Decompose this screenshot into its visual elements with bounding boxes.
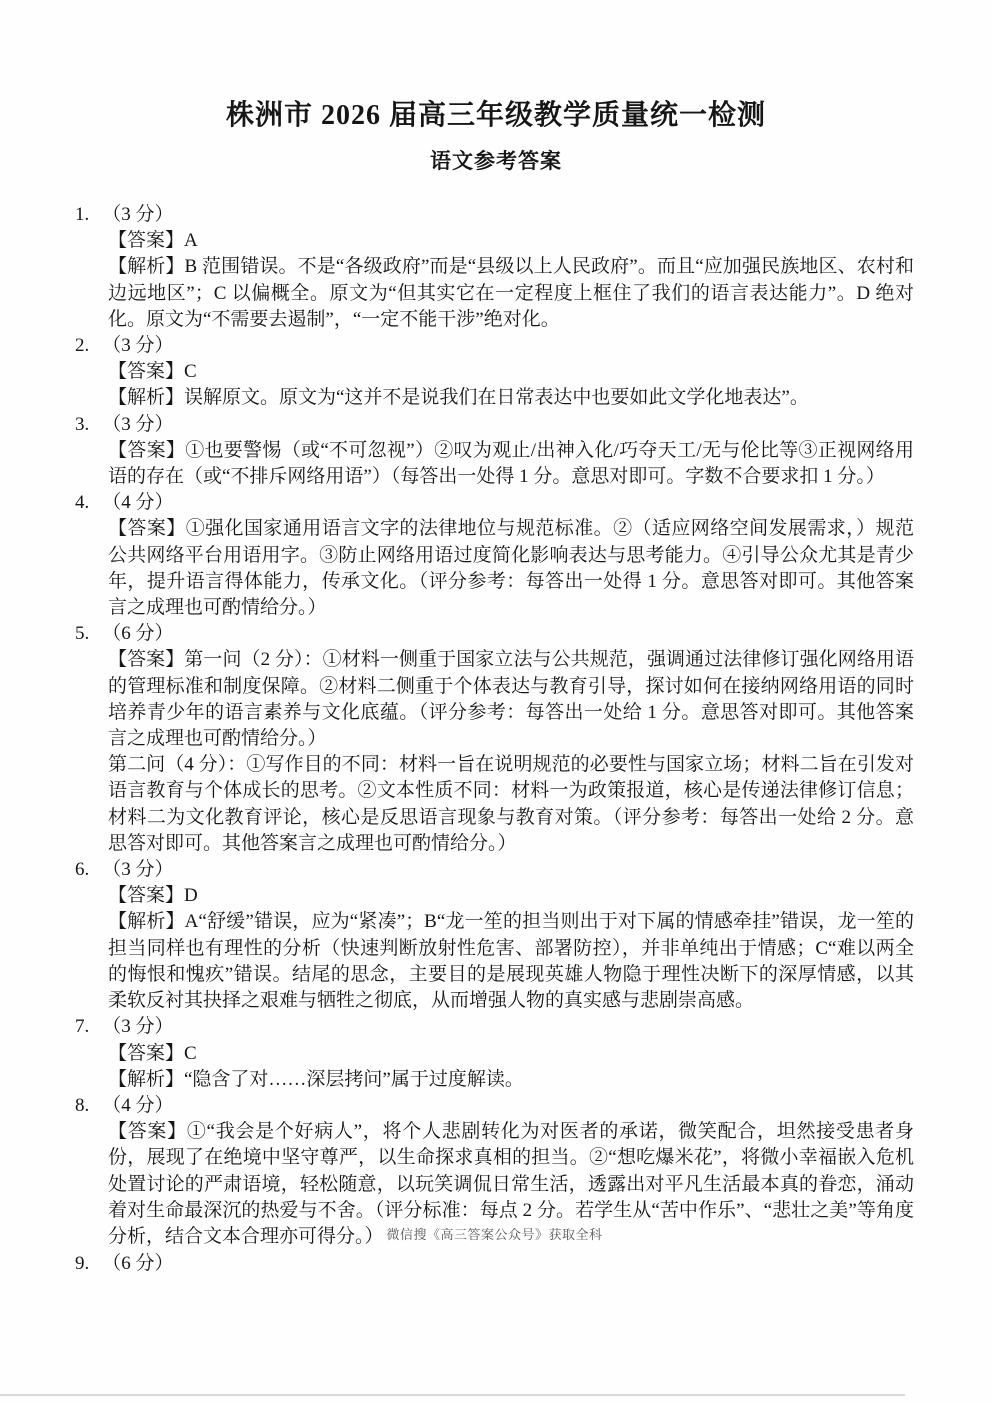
answer-item-6: 6. （3 分） 【答案】D【解析】A“舒缓”错误，应为“紧凑”；B“龙一笙的担… xyxy=(108,857,914,1014)
item-number: 7. xyxy=(75,1014,89,1040)
item-paragraph: 【答案】①也要警惕（或“不可忽视”）②叹为观止/出神入化/巧夺天工/无与伦比等③… xyxy=(108,438,914,490)
item-paragraph: 【答案】D xyxy=(108,883,914,909)
item-paragraph: 【解析】误解原文。原文为“这并不是说我们在日常表达中也要如此文学化地表达”。 xyxy=(108,385,914,411)
page-title: 株洲市 2026 届高三年级教学质量统一检测 xyxy=(0,96,992,136)
page-subtitle: 语文参考答案 xyxy=(0,146,992,176)
item-score: （6 分） xyxy=(102,1251,173,1277)
answer-sheet-page: 株洲市 2026 届高三年级教学质量统一检测 语文参考答案 1. （3 分） 【… xyxy=(0,0,992,1403)
item-number: 1. xyxy=(75,202,89,228)
item-score: （3 分） xyxy=(102,857,173,883)
item-score: （3 分） xyxy=(102,202,173,228)
item-score: （3 分） xyxy=(102,1014,173,1040)
item-head: 8. （4 分） xyxy=(75,1093,914,1119)
answer-item-8: 8. （4 分） 【答案】①“我会是个好病人”，将个人悲剧转化为对医者的承诺，微… xyxy=(108,1093,914,1251)
item-paragraph: 【答案】第一问（2 分）：①材料一侧重于国家立法与公共规范，强调通过法律修订强化… xyxy=(108,647,914,752)
item-paragraph: 【答案】C xyxy=(108,359,914,385)
item-score: （4 分） xyxy=(102,490,173,516)
item-score: （3 分） xyxy=(102,412,173,438)
item-paragraph: 【答案】A xyxy=(108,228,914,254)
item-number: 4. xyxy=(75,490,89,516)
item-head: 9. （6 分） xyxy=(75,1251,914,1277)
item-number: 9. xyxy=(75,1251,89,1277)
answer-item-5: 5. （6 分） 【答案】第一问（2 分）：①材料一侧重于国家立法与公共规范，强… xyxy=(108,621,914,857)
item-paragraph: 第二问（4 分）：①写作目的不同：材料一旨在说明规范的必要性与国家立场；材料二旨… xyxy=(108,752,914,857)
item-head: 1. （3 分） xyxy=(75,202,914,228)
item-number: 5. xyxy=(75,621,89,647)
item-score: （4 分） xyxy=(102,1093,173,1119)
answer-list: 1. （3 分） 【答案】A【解析】B 范围错误。不是“各级政府”而是“县级以上… xyxy=(0,202,992,1277)
item-head: 5. （6 分） xyxy=(75,621,914,647)
answer-item-4: 4. （4 分） 【答案】①强化国家通用语言文字的法律地位与规范标准。②（适应网… xyxy=(108,490,914,621)
item-paragraph: 【解析】“隐含了对……深层拷问”属于过度解读。 xyxy=(108,1067,914,1093)
item-head: 6. （3 分） xyxy=(75,857,914,883)
item-number: 6. xyxy=(75,857,89,883)
item-score: （6 分） xyxy=(102,621,173,647)
item-paragraph: 【解析】A“舒缓”错误，应为“紧凑”；B“龙一笙的担当则出于对下属的情感牵挂”错… xyxy=(108,909,914,1014)
item-head: 7. （3 分） xyxy=(75,1014,914,1040)
item-paragraph: 【答案】C xyxy=(108,1041,914,1067)
item-head: 2. （3 分） xyxy=(75,333,914,359)
item-head: 3. （3 分） xyxy=(75,412,914,438)
answer-item-2: 2. （3 分） 【答案】C【解析】误解原文。原文为“这并不是说我们在日常表达中… xyxy=(108,333,914,412)
item-score: （3 分） xyxy=(102,333,173,359)
item-number: 8. xyxy=(75,1093,89,1119)
item-paragraph: 【解析】B 范围错误。不是“各级政府”而是“县级以上人民政府”。而且“应加强民族… xyxy=(108,254,914,333)
item-paragraph: 【答案】①“我会是个好病人”，将个人悲剧转化为对医者的承诺，微笑配合，坦然接受患… xyxy=(108,1119,914,1251)
page-bottom-edge xyxy=(0,1394,905,1396)
answer-item-7: 7. （3 分） 【答案】C【解析】“隐含了对……深层拷问”属于过度解读。 xyxy=(108,1014,914,1093)
answer-item-3: 3. （3 分） 【答案】①也要警惕（或“不可忽视”）②叹为观止/出神入化/巧夺… xyxy=(108,412,914,491)
document-header: 株洲市 2026 届高三年级教学质量统一检测 语文参考答案 xyxy=(0,0,992,176)
answer-item-9: 9. （6 分） xyxy=(108,1251,914,1277)
item-paragraph: 【答案】①强化国家通用语言文字的法律地位与规范标准。②（适应网络空间发展需求，）… xyxy=(108,516,914,621)
item-number: 3. xyxy=(75,412,89,438)
wechat-watermark: 微信搜《高三答案公众号》获取全科 xyxy=(387,1227,603,1242)
answer-item-1: 1. （3 分） 【答案】A【解析】B 范围错误。不是“各级政府”而是“县级以上… xyxy=(108,202,914,333)
item-head: 4. （4 分） xyxy=(75,490,914,516)
item-number: 2. xyxy=(75,333,89,359)
